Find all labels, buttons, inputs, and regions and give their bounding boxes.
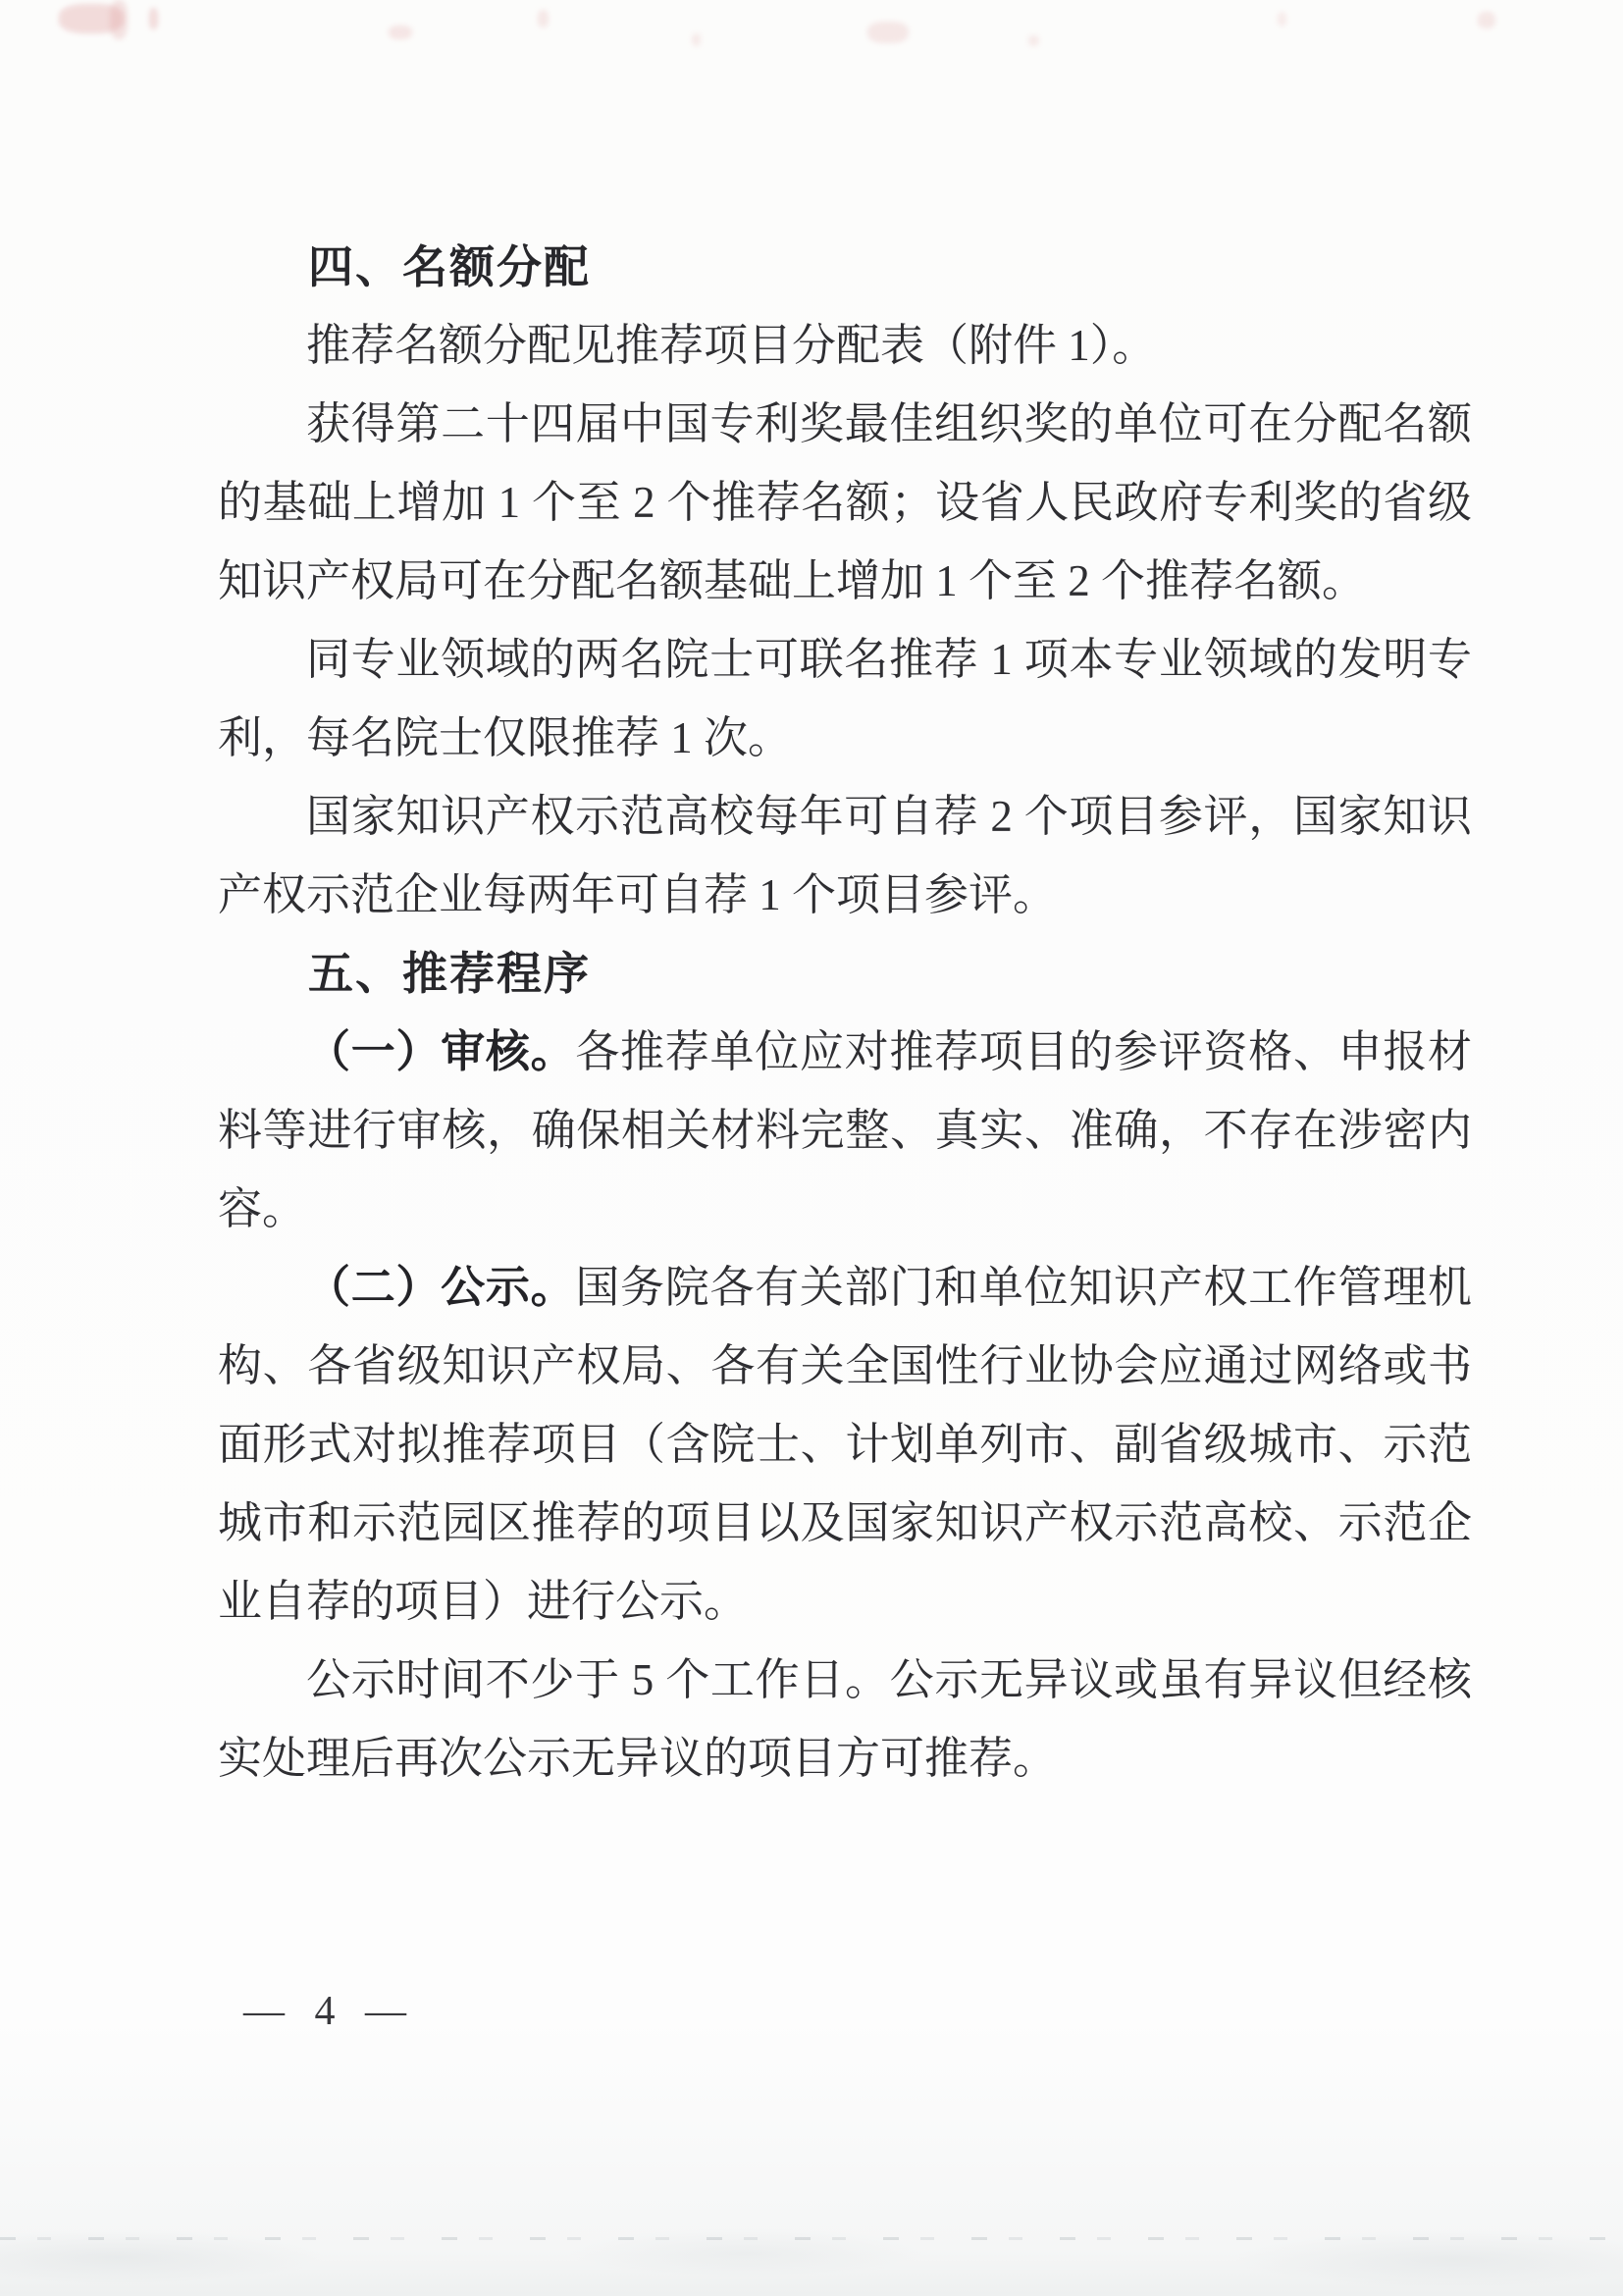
- red-ghost-mark: [1028, 35, 1039, 46]
- document-body: 四、名额分配 推荐名额分配见推荐项目分配表（附件 1）。 获得第二十四届中国专利…: [218, 228, 1472, 1798]
- section-5-item-2-label: （二）公示。: [306, 1263, 575, 1312]
- red-ghost-mark: [389, 26, 412, 39]
- section-5-item-1: （一）审核。各推荐单位应对推荐项目的参评资格、申报材料等进行审核，确保相关材料完…: [218, 1013, 1472, 1248]
- section-5-item-2-text: 国务院各有关部门和单位知识产权工作管理机构、各省级知识产权局、各有关全国性行业协…: [218, 1263, 1472, 1626]
- document-page: 四、名额分配 推荐名额分配见推荐项目分配表（附件 1）。 获得第二十四届中国专利…: [0, 0, 1623, 2296]
- red-ghost-mark: [538, 10, 549, 27]
- red-ghost-mark: [110, 0, 128, 39]
- red-ghost-mark: [867, 22, 909, 43]
- section-5-item-2: （二）公示。国务院各有关部门和单位知识产权工作管理机构、各省级知识产权局、各有关…: [218, 1248, 1472, 1641]
- red-ghost-mark: [1278, 12, 1286, 26]
- section-4-heading: 四、名额分配: [218, 228, 1472, 306]
- section-5-paragraph-3: 公示时间不少于 5 个工作日。公示无异议或虽有异议但经核实处理后再次公示无异议的…: [218, 1641, 1472, 1798]
- section-4-paragraph-3: 同专业领域的两名院士可联名推荐 1 项本专业领域的发明专利，每名院士仅限推荐 1…: [218, 620, 1472, 777]
- red-ghost-mark: [692, 33, 701, 46]
- scanline-artifact: [0, 2237, 1623, 2240]
- section-4-paragraph-2: 获得第二十四届中国专利奖最佳组织奖的单位可在分配名额的基础上增加 1 个至 2 …: [218, 385, 1472, 620]
- section-5-item-1-label: （一）审核。: [306, 1027, 575, 1076]
- red-ghost-mark: [149, 8, 158, 29]
- section-4-paragraph-4: 国家知识产权示范高校每年可自荐 2 个项目参评，国家知识产权示范企业每两年可自荐…: [218, 777, 1472, 934]
- section-4-paragraph-1: 推荐名额分配见推荐项目分配表（附件 1）。: [218, 306, 1472, 385]
- scan-smudge-bottom: [0, 2208, 1623, 2296]
- section-5-heading: 五、推荐程序: [218, 934, 1472, 1013]
- page-number: — 4 —: [243, 1988, 416, 2035]
- red-ghost-mark: [1478, 12, 1495, 28]
